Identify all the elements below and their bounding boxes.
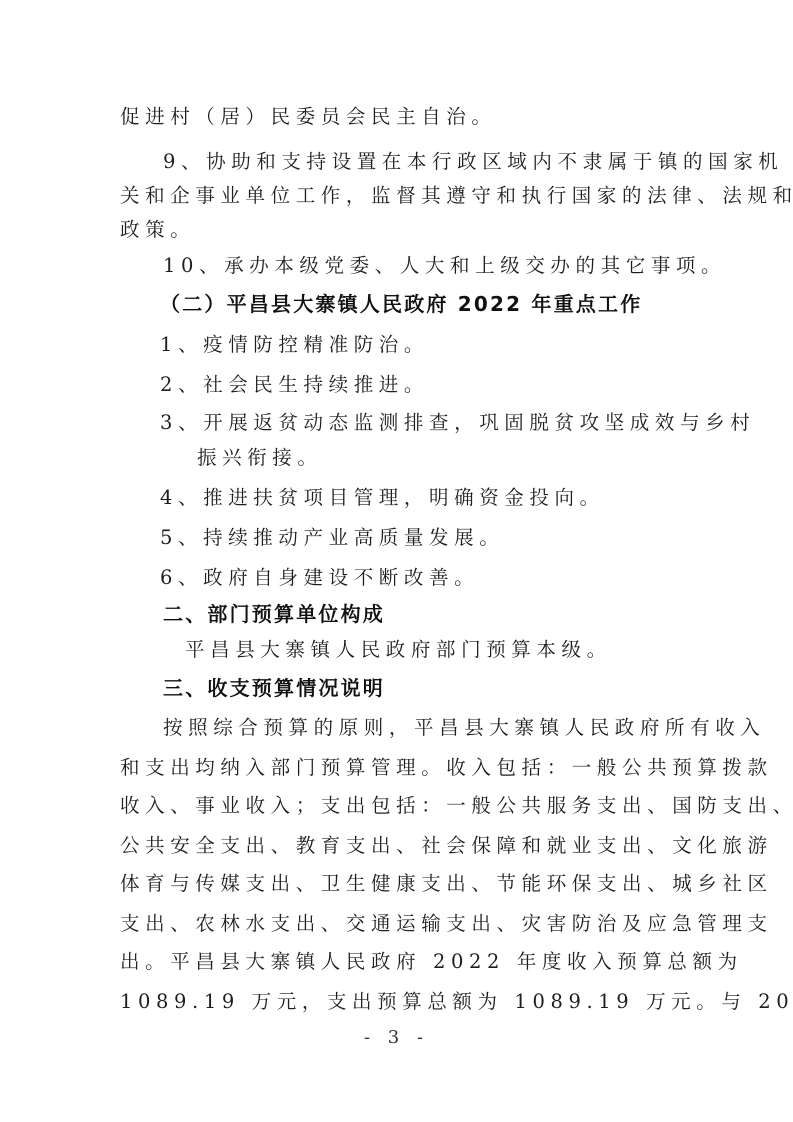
page-number: - 3 - (0, 1027, 793, 1048)
list-item: 4、推进扶贫项目管理，明确资金投向。 (160, 485, 605, 511)
body-line: 公共安全支出、教育支出、社会保障和就业支出、文化旅游 (120, 833, 773, 859)
list-item-continuation: 振兴衔接。 (197, 445, 323, 471)
subheading-key-work-2022: （二）平昌县大寨镇人民政府 2022 年重点工作 (160, 291, 642, 317)
list-item: 2、社会民生持续推进。 (160, 372, 429, 398)
body-line: 平昌县大寨镇人民政府部门预算本级。 (185, 637, 612, 663)
body-line: 出。平昌县大寨镇人民政府 2022 年度收入预算总额为 (120, 949, 743, 975)
body-line: 关和企事业单位工作，监督其遵守和执行国家的法律、法规和 (120, 183, 793, 209)
heading-budget-explanation: 三、收支预算情况说明 (163, 675, 385, 701)
body-line: 收入、事业收入；支出包括：一般公共服务支出、国防支出、 (120, 793, 793, 819)
list-item: 3、开展返贫动态监测排查，巩固脱贫攻坚成效与乡村 (160, 410, 755, 436)
heading-budget-unit-composition: 二、部门预算单位构成 (163, 601, 385, 627)
body-line: 政策。 (120, 217, 195, 243)
list-item: 5、持续推动产业高质量发展。 (160, 525, 504, 551)
body-line: 支出、农林水支出、交通运输支出、灾害防治及应急管理支 (120, 911, 773, 937)
body-line-item-9: 9、协助和支持设置在本行政区域内不隶属于镇的国家机 (163, 149, 783, 175)
body-line-item-10: 10、承办本级党委、人大和上级交办的其它事项。 (163, 253, 726, 279)
body-line: 按照综合预算的原则，平昌县大寨镇人民政府所有收入 (163, 715, 765, 741)
body-line: 促进村（居）民委员会民主自治。 (120, 104, 497, 130)
list-item: 6、政府自身建设不断改善。 (160, 565, 479, 591)
body-line: 体育与传媒支出、卫生健康支出、节能环保支出、城乡社区 (120, 871, 773, 897)
document-page: 促进村（居）民委员会民主自治。 9、协助和支持设置在本行政区域内不隶属于镇的国家… (0, 0, 793, 1122)
body-line: 和支出均纳入部门预算管理。收入包括：一般公共预算拨款 (120, 755, 773, 781)
body-line: 1089.19 万元，支出预算总额为 1089.19 万元。与 2021 年相 (120, 989, 793, 1015)
list-item: 1、疫情防控精准防治。 (160, 332, 429, 358)
